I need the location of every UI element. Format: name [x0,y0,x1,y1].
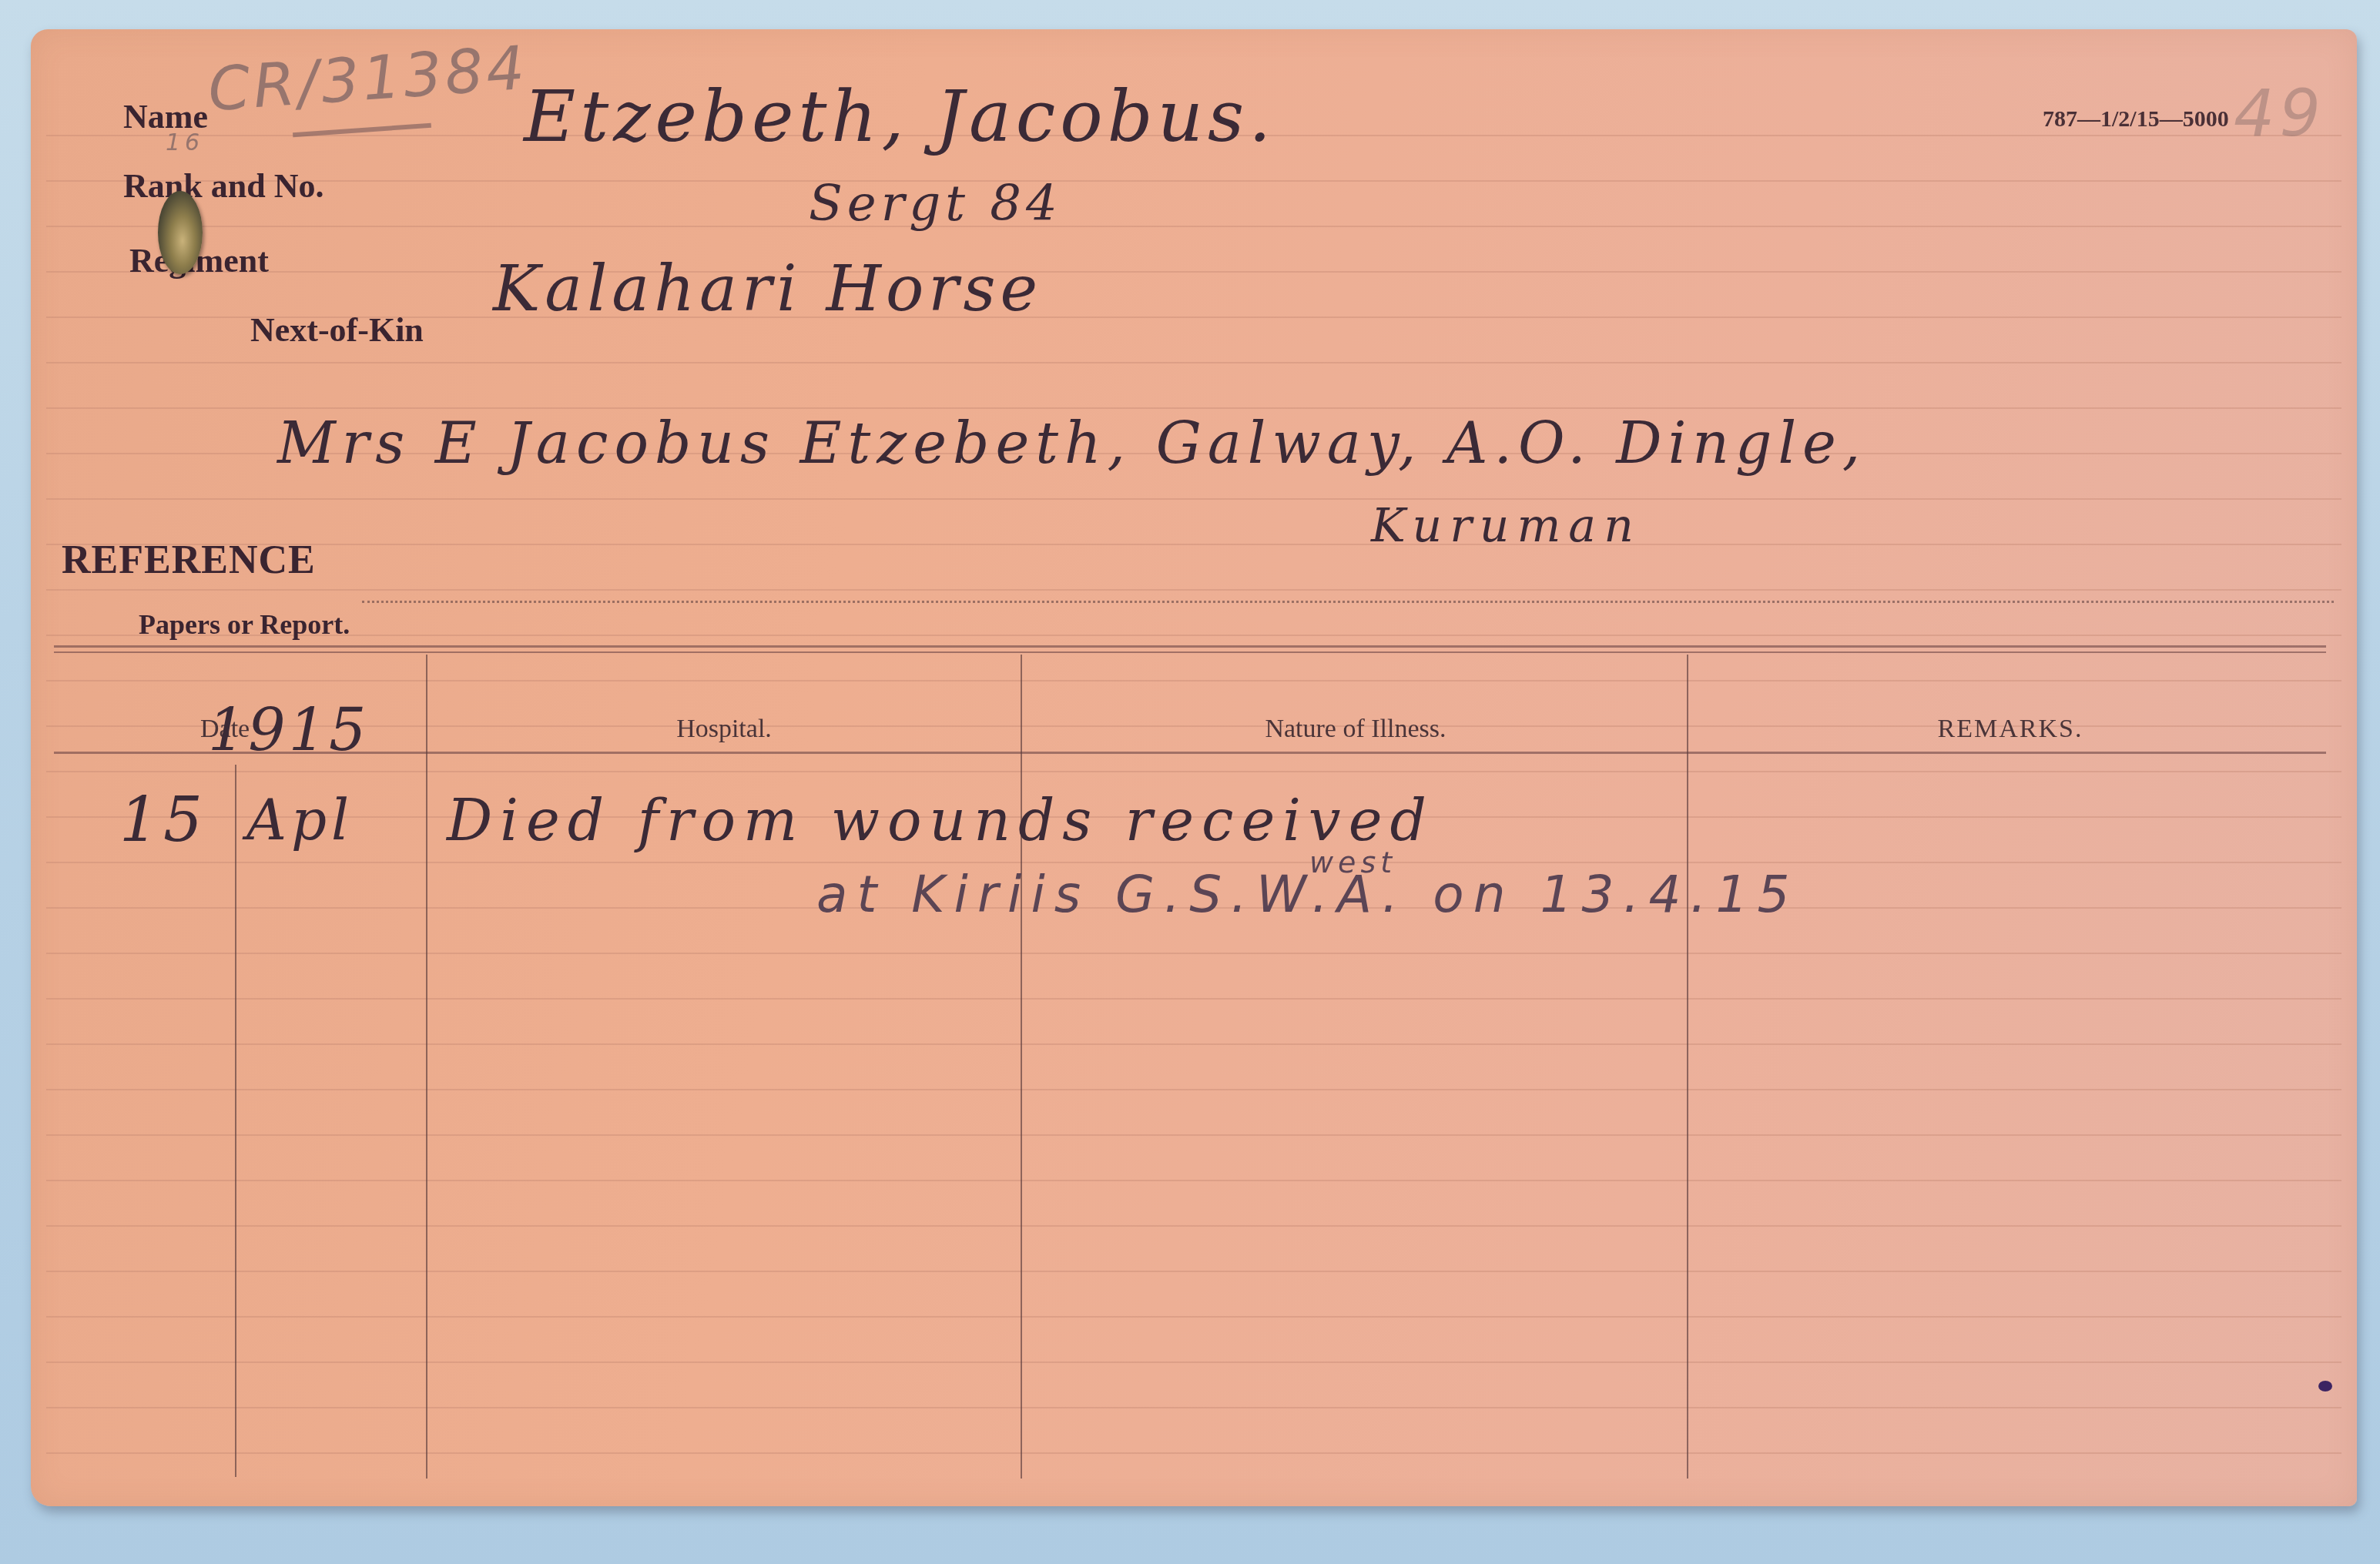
year-value: 1915 [208,695,369,764]
regiment-value: Kalahari Horse [493,253,1042,326]
header-nature-of-illness: Nature of Illness. [1024,715,1687,744]
entry-text-line1: Died from wounds received [447,788,1434,854]
form-number: 787—1/2/15—5000 [2043,106,2229,132]
reference-dotted-line [362,601,2334,603]
ink-spot [2318,1381,2332,1392]
papers-or-report-label: Papers or Report. [139,608,350,641]
next-of-kin-value-line1: Mrs E Jacobus Etzebeth, Galway, A.O. Din… [277,410,1866,477]
pencil-mark-near-rivet: 16 [166,129,204,156]
entry-text-line2: at Kiriis G.S.W.A. on 13.4.15 [816,865,1798,924]
reference-label: REFERENCE [62,538,316,583]
ruled-lines [46,91,2341,1475]
table-top-rule [54,645,2326,648]
header-hospital: Hospital. [308,715,1140,744]
entry-day: 15 [119,784,207,856]
next-of-kin-label: Next-of-Kin [250,310,424,350]
date-subdivider [235,765,236,1477]
column-divider-date [426,655,427,1479]
pencil-file-number: CR/31384 [206,34,529,126]
next-of-kin-value-line2: Kuruman [1371,499,1641,553]
rank-label: Rank and No. [123,166,323,206]
table-top-rule-2 [54,651,2326,653]
rank-value: Sergt 84 [809,176,1062,233]
column-divider-illness [1687,655,1688,1479]
casualty-index-card: CR/31384 787—1/2/15—5000 49 Name Rank an… [31,29,2357,1506]
pencil-underline [293,123,431,138]
name-value: Etzebeth, Jacobus. [524,75,1275,158]
brass-rivet [158,191,203,274]
header-remarks: REMARKS. [1691,715,2330,744]
column-divider-hospital [1021,655,1022,1479]
pencil-corner-mark: 49 [2234,75,2325,151]
header-bottom-rule [54,752,2326,754]
entry-month: Apl [246,788,354,852]
